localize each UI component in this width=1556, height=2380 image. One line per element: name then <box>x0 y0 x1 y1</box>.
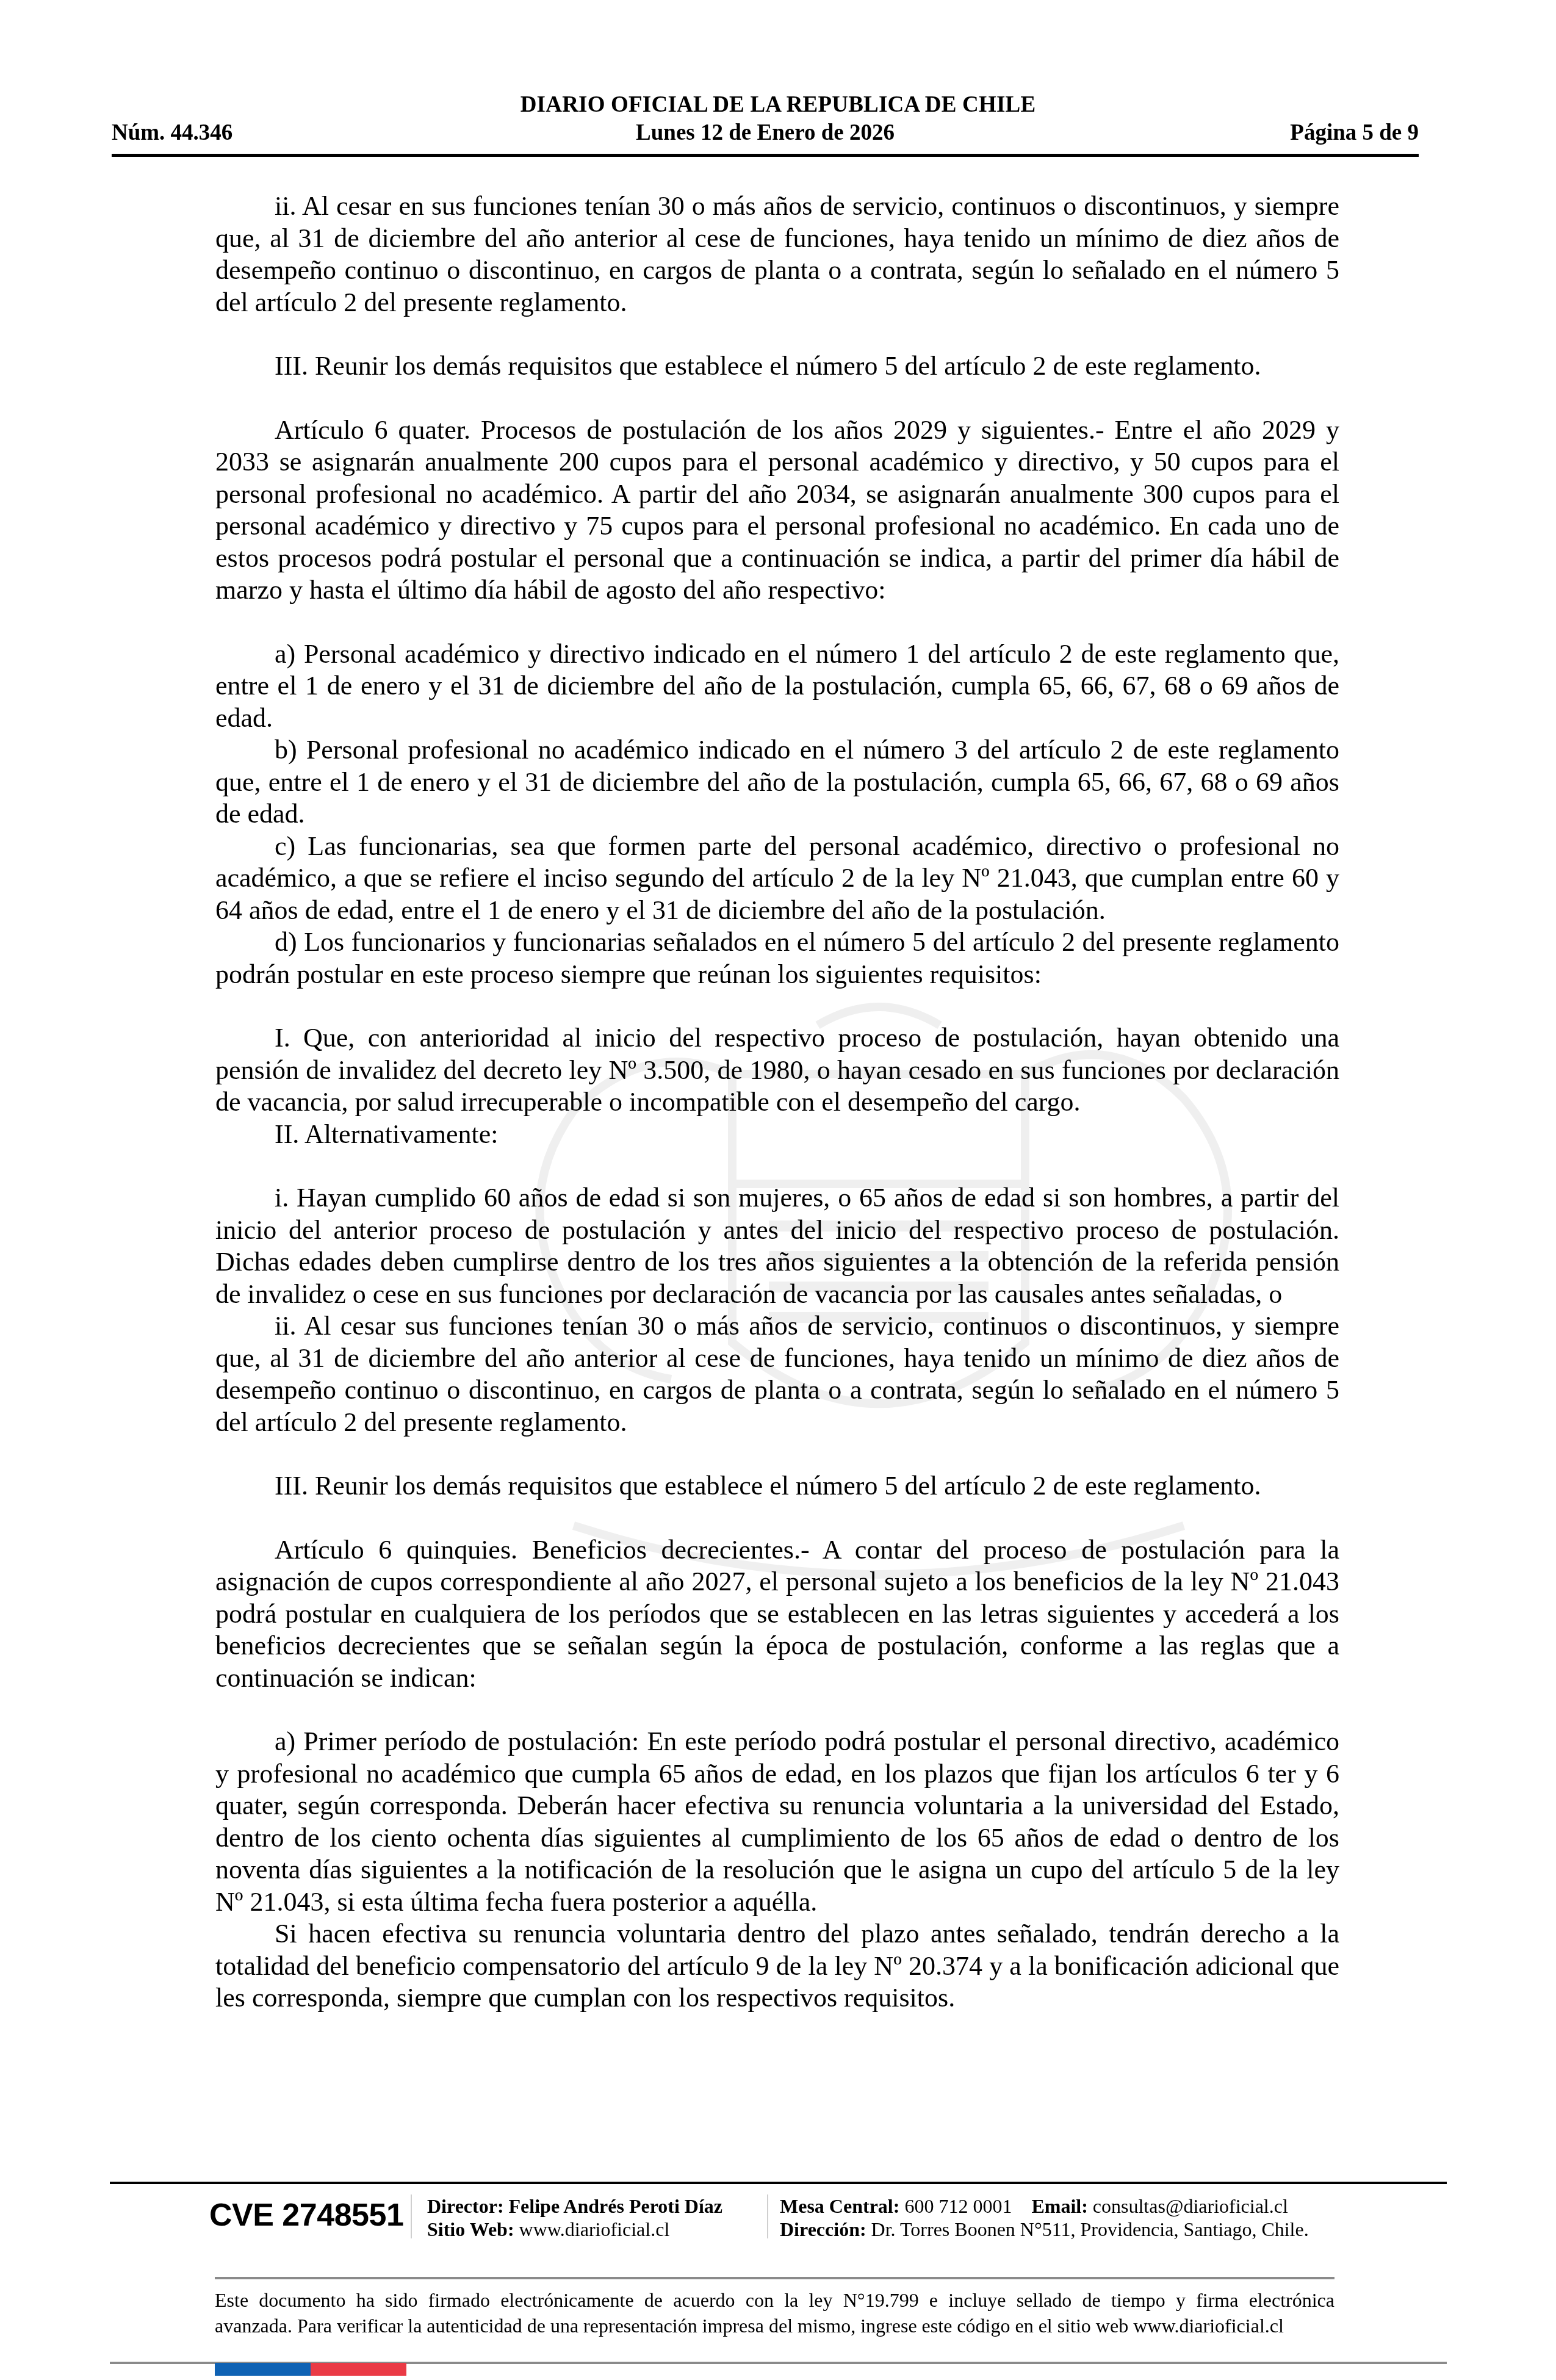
director-line: Director: Felipe Andrés Peroti Díaz <box>427 2194 722 2218</box>
paragraph-iii-first: III. Reunir los demás requisitos que est… <box>215 350 1339 383</box>
signature-disclaimer: Este documento ha sido firmado electróni… <box>215 2287 1334 2339</box>
paragraph-item-a: a) Personal académico y directivo indica… <box>215 638 1339 735</box>
director-label: Director: <box>427 2195 504 2217</box>
paragraph-requirement-i: I. Que, con anterioridad al inicio del r… <box>215 1022 1339 1119</box>
email-link[interactable]: consultas@diarioficial.cl <box>1093 2195 1288 2217</box>
page-indicator: Página 5 de 9 <box>1290 120 1419 146</box>
footer-divider-middle <box>215 2277 1334 2279</box>
address-line: Dirección: Dr. Torres Boonen N°511, Prov… <box>780 2218 1309 2241</box>
disclaimer-line-1: Este documento ha sido firmado electróni… <box>215 2287 1334 2313</box>
cve-code: CVE 2748551 <box>209 2197 403 2234</box>
paragraph-item-d: d) Los funcionarios y funcionarias señal… <box>215 926 1339 990</box>
paragraph-subitem-ii: ii. Al cesar sus funciones tenían 30 o m… <box>215 1310 1339 1438</box>
paragraph-voluntary-resignation: Si hacen efectiva su renuncia voluntaria… <box>215 1918 1339 2014</box>
flag-stripe-blue <box>215 2363 311 2376</box>
website-link[interactable]: www.diarioficial.cl <box>519 2218 670 2240</box>
paragraph-article-6-quinquies: Artículo 6 quinquies. Beneficios decreci… <box>215 1534 1339 1695</box>
disclaimer-line-2: avanzada. Para verificar la autenticidad… <box>215 2313 1334 2339</box>
publication-date: Lunes 12 de Enero de 2026 <box>112 120 1419 146</box>
paragraph-first-period: a) Primer período de postulación: En est… <box>215 1726 1339 1918</box>
header-divider <box>112 154 1419 157</box>
footer-contact-block: Mesa Central: 600 712 0001 Email: consul… <box>780 2194 1309 2241</box>
footer-vertical-divider <box>411 2194 412 2238</box>
contact-line: Mesa Central: 600 712 0001 Email: consul… <box>780 2194 1309 2218</box>
website-line: Sitio Web: www.diarioficial.cl <box>427 2218 722 2241</box>
paragraph-requirement-iii: III. Reunir los demás requisitos que est… <box>215 1470 1339 1502</box>
document-body: ii. Al cesar en sus funciones tenían 30 … <box>215 190 1339 2014</box>
address-label: Dirección: <box>780 2218 866 2240</box>
paragraph-article-6-quater: Artículo 6 quater. Procesos de postulaci… <box>215 414 1339 607</box>
phone-label: Mesa Central: <box>780 2195 899 2217</box>
director-name: Felipe Andrés Peroti Díaz <box>509 2195 722 2217</box>
footer-divider-top <box>110 2182 1447 2184</box>
paragraph-item-c: c) Las funcionarias, sea que formen part… <box>215 831 1339 927</box>
paragraph-item-b: b) Personal profesional no académico ind… <box>215 734 1339 831</box>
email-label: Email: <box>1031 2195 1087 2217</box>
website-label: Sitio Web: <box>427 2218 514 2240</box>
phone-value: 600 712 0001 <box>904 2195 1012 2217</box>
flag-stripe-red <box>311 2363 406 2376</box>
address-value: Dr. Torres Boonen N°511, Providencia, Sa… <box>871 2218 1309 2240</box>
paragraph-ii-first: ii. Al cesar en sus funciones tenían 30 … <box>215 190 1339 319</box>
publication-title: DIARIO OFICIAL DE LA REPUBLICA DE CHILE <box>0 92 1556 118</box>
header-row: Núm. 44.346 Lunes 12 de Enero de 2026 Pá… <box>112 120 1419 148</box>
paragraph-requirement-ii: II. Alternativamente: <box>215 1119 1339 1151</box>
paragraph-subitem-i: i. Hayan cumplido 60 años de edad si son… <box>215 1182 1339 1310</box>
footer-director-block: Director: Felipe Andrés Peroti Díaz Siti… <box>427 2194 722 2241</box>
footer-vertical-divider <box>767 2194 768 2238</box>
